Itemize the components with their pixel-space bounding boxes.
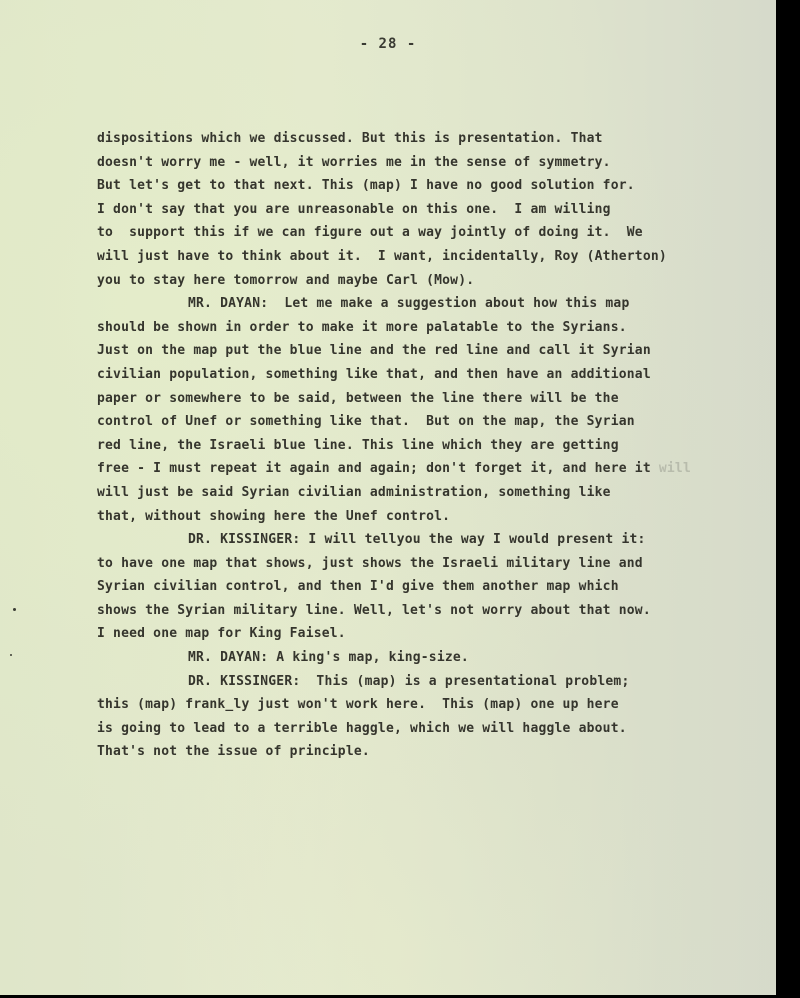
text-line: should be shown in order to make it more… — [97, 316, 757, 340]
text-line: you to stay here tomorrow and maybe Carl… — [97, 269, 757, 293]
text-line: doesn't worry me - well, it worries me i… — [97, 151, 757, 175]
scan-speck — [10, 654, 12, 656]
text-line: will just be said Syrian civilian admini… — [97, 481, 757, 505]
text-line: that, without showing here the Unef cont… — [97, 505, 757, 529]
scan-speck — [13, 608, 16, 611]
speaker-line-kissinger: DR. KISSINGER: This (map) is a presentat… — [97, 670, 757, 694]
text-line: free - I must repeat it again and again;… — [97, 457, 757, 481]
text-line: dispositions which we discussed. But thi… — [97, 127, 757, 151]
text-line: paper or somewhere to be said, between t… — [97, 387, 757, 411]
text-line-main: free - I must repeat it again and again;… — [97, 461, 651, 476]
faint-overtype: will — [651, 461, 691, 476]
text-line: red line, the Israeli blue line. This li… — [97, 434, 757, 458]
text-line: control of Unef or something like that. … — [97, 410, 757, 434]
text-line: I need one map for King Faisel. — [97, 622, 757, 646]
text-line: this (map) frank_ly just won't work here… — [97, 693, 757, 717]
text-line: will just have to think about it. I want… — [97, 245, 757, 269]
text-line: That's not the issue of principle. — [97, 740, 757, 764]
speaker-line-dayan: MR. DAYAN: Let me make a suggestion abou… — [97, 292, 757, 316]
speaker-line-kissinger: DR. KISSINGER: I will tellyou the way I … — [97, 528, 757, 552]
page-number: - 28 - — [0, 36, 776, 52]
text-line: Just on the map put the blue line and th… — [97, 339, 757, 363]
text-line: Syrian civilian control, and then I'd gi… — [97, 575, 757, 599]
text-line: I don't say that you are unreasonable on… — [97, 198, 757, 222]
text-line: is going to lead to a terrible haggle, w… — [97, 717, 757, 741]
speaker-line-dayan: MR. DAYAN: A king's map, king-size. — [97, 646, 757, 670]
text-line: shows the Syrian military line. Well, le… — [97, 599, 757, 623]
text-line: But let's get to that next. This (map) I… — [97, 174, 757, 198]
transcript-body: dispositions which we discussed. But thi… — [97, 127, 757, 764]
scanned-page: - 28 - dispositions which we discussed. … — [0, 0, 776, 995]
text-line: to support this if we can figure out a w… — [97, 221, 757, 245]
text-line: to have one map that shows, just shows t… — [97, 552, 757, 576]
text-line: civilian population, something like that… — [97, 363, 757, 387]
